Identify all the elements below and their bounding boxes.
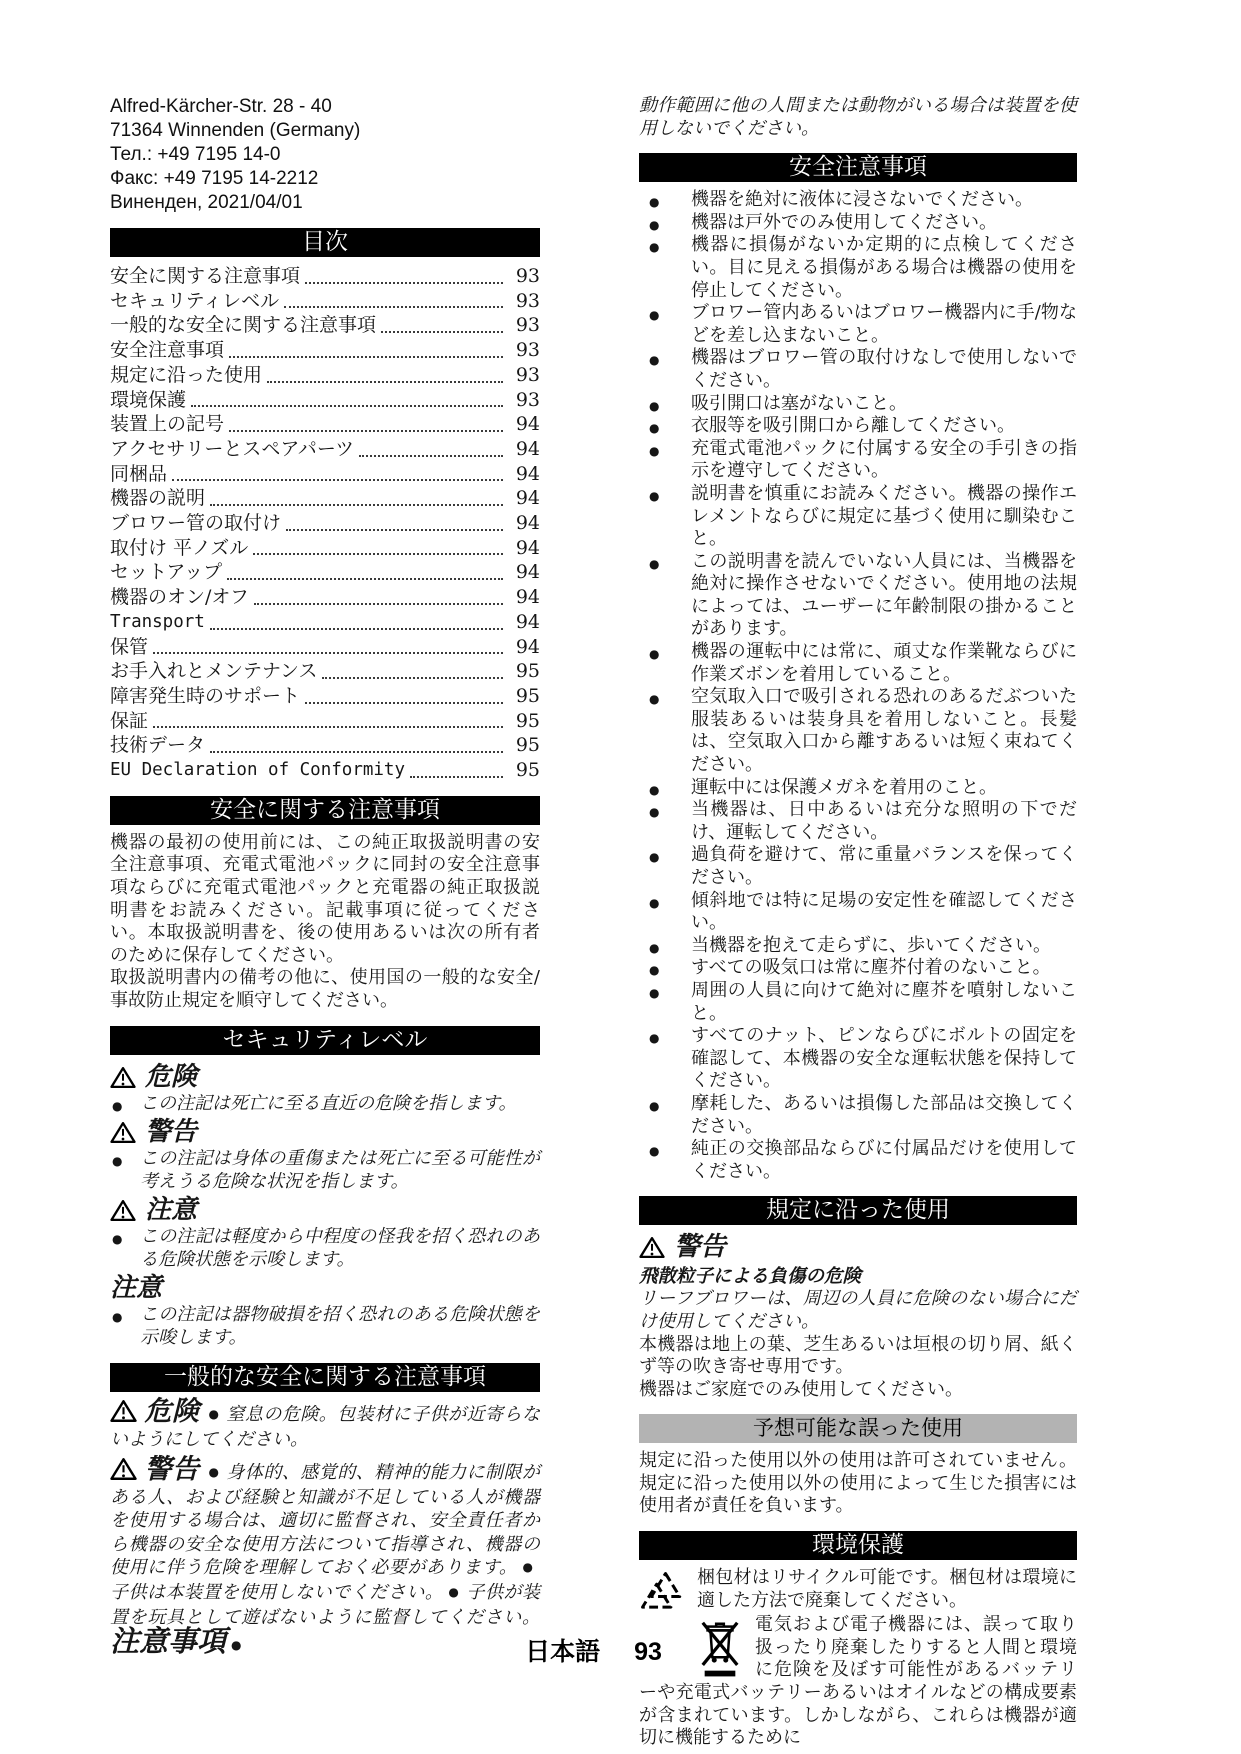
- misuse-text: 規定に沿った使用以外の使用は許可されていません。: [639, 1450, 1077, 1471]
- general-safety-danger-paragraph: 危険窒息の危険。包装材に子供が近寄らないようにしてください。: [110, 1399, 540, 1451]
- toc-item-label: EU Declaration of Conformity: [110, 758, 405, 783]
- warning-triangle-icon: [639, 1236, 665, 1259]
- misuse-body: 規定に沿った使用以外の使用は許可されていません。規定に沿った使用以外の使用によっ…: [639, 1450, 1077, 1518]
- toc-leader-dots: [381, 331, 503, 333]
- recycle-paragraph: 梱包材はリサイクル可能です。梱包材は環境に適した方法で廃棄してください。: [639, 1567, 1077, 1612]
- toc-leader-dots: [267, 381, 503, 383]
- toc-item-page: 95: [508, 709, 540, 734]
- toc-item-page: 95: [508, 733, 540, 758]
- intended-use-warning-heading: 警告: [639, 1232, 1077, 1263]
- danger-level-description: この注記は死亡に至る直近の危険を指します。: [110, 1093, 540, 1116]
- toc-item: 安全注意事項 93: [110, 338, 540, 363]
- misuse-text: 規定に沿った使用以外の使用によって生じた損害には使用者が責任を負います。: [639, 1473, 1077, 1517]
- toc-item-page: 94: [508, 486, 540, 511]
- toc-item: セットアップ 94: [110, 560, 540, 585]
- safety-instruction-item: 機器を絶対に液体に浸さないでください。: [639, 189, 1077, 212]
- toc-item-page: 94: [508, 585, 540, 610]
- toc-leader-dots: [153, 726, 503, 728]
- address-line: Alfred-Kärcher-Str. 28 - 40: [110, 95, 540, 119]
- footer-language-label: 日本語: [525, 1638, 600, 1666]
- safety-instruction-item: 摩耗した、あるいは損傷した部品は交換してください。: [639, 1093, 1077, 1138]
- toc-item-label: 機器の説明: [110, 486, 205, 511]
- manufacturer-address: Alfred-Kärcher-Str. 28 - 40 71364 Winnen…: [110, 95, 540, 215]
- page-footer: 日本語93: [110, 1632, 1077, 1668]
- toc-leader-dots: [253, 553, 503, 555]
- safety-notes-heading: 安全に関する注意事項: [110, 796, 540, 825]
- address-line: 71364 Winnenden (Germany): [110, 119, 540, 143]
- toc-item-label: お手入れとメンテナンス: [110, 659, 317, 684]
- toc-leader-dots: [229, 356, 503, 358]
- intended-use-warning-label: 警告: [674, 1232, 726, 1263]
- toc-item-label: 技術データ: [110, 733, 205, 758]
- security-levels-heading: セキュリティレベル: [110, 1026, 540, 1055]
- warning-triangle-icon: [110, 1399, 137, 1423]
- toc-item-page: 94: [508, 412, 540, 437]
- toc-item-page: 93: [508, 363, 540, 388]
- toc-leader-dots: [229, 430, 503, 432]
- general-safety-warning-paragraph: 警告身体的、感覚的、精神的能力に制限がある人、および経験と知識が不足している人が…: [110, 1457, 540, 1659]
- warning-triangle-icon: [110, 1121, 136, 1144]
- danger-runin-heading: 危険: [110, 1396, 203, 1427]
- toc-leader-dots: [210, 751, 503, 753]
- warning-triangle-icon: [110, 1066, 136, 1089]
- toc-leader-dots: [322, 677, 503, 679]
- toc-item-label: Transport: [110, 610, 205, 635]
- toc-item-page: 93: [508, 338, 540, 363]
- toc-item: お手入れとメンテナンス 95: [110, 659, 540, 684]
- toc-item-page: 95: [508, 659, 540, 684]
- inline-bullet: [518, 1557, 540, 1578]
- general-safety-heading: 一般的な安全に関する注意事項: [110, 1363, 540, 1392]
- toc-item: アクセサリーとスペアパーツ 94: [110, 437, 540, 462]
- safety-instruction-item: 周囲の人員に向けて絶対に塵芥を噴射しないこと。: [639, 980, 1077, 1025]
- recycle-text: 梱包材はリサイクル可能です。梱包材は環境に適した方法で廃棄してください。: [697, 1567, 1077, 1611]
- toc-item-page: 94: [508, 437, 540, 462]
- safety-instruction-item: 機器の運転中には常に、頑丈な作業靴ならびに作業ズボンを着用していること。: [639, 641, 1077, 686]
- safety-instruction-item: この説明書を読んでいない人員には、当機器を絶対に操作させないでください。使用地の…: [639, 551, 1077, 641]
- safety-instruction-item: 傾斜地では特に足場の安定性を確認してください。: [639, 890, 1077, 935]
- toc-item: 規定に沿った使用 93: [110, 363, 540, 388]
- safety-instruction-item: 機器はブロワー管の取付けなしで使用しないでください。: [639, 347, 1077, 392]
- toc-item-page: 94: [508, 536, 540, 561]
- toc-item-page: 93: [508, 388, 540, 413]
- toc-item: セキュリティレベル 93: [110, 289, 540, 314]
- toc-item-page: 94: [508, 560, 540, 585]
- toc-item-label: 環境保護: [110, 388, 186, 413]
- toc-item-label: 一般的な安全に関する注意事項: [110, 313, 376, 338]
- toc-item-label: 安全に関する注意事項: [110, 264, 300, 289]
- inline-bullet: [203, 1404, 226, 1425]
- environment-heading: 環境保護: [639, 1531, 1077, 1560]
- toc-item-page: 94: [508, 511, 540, 536]
- toc-item-label: 規定に沿った使用: [110, 363, 262, 388]
- right-column: 動作範囲に他の人間または動物がいる場合は装置を使用しないでください。 安全注意事…: [639, 95, 1077, 1750]
- safety-instruction-item: 過負荷を避けて、常に重量バランスを保ってください。: [639, 844, 1077, 889]
- safety-instructions-list: 機器を絶対に液体に浸さないでください。 機器は戸外でのみ使用してください。 機器…: [639, 189, 1077, 1183]
- toc-item-page: 94: [508, 610, 540, 635]
- safety-instruction-item: 充電式電池パックに付属する安全の手引きの指示を遵守してください。: [639, 438, 1077, 483]
- address-line: Тел.: +49 7195 14-0: [110, 143, 540, 167]
- intended-use-heading: 規定に沿った使用: [639, 1196, 1077, 1225]
- warning-runin-heading: 警告: [110, 1454, 203, 1485]
- toc-leader-dots: [210, 628, 503, 630]
- page-body: Alfred-Kärcher-Str. 28 - 40 71364 Winnen…: [110, 95, 1077, 1750]
- warning-level-heading: 警告: [110, 1117, 540, 1148]
- footer-page-number: 93: [634, 1638, 662, 1666]
- safety-instruction-item: 当機器は、日中あるいは充分な照明の下でだけ、運転してください。: [639, 799, 1077, 844]
- toc-item-label: 同梱品: [110, 462, 167, 487]
- toc-item-page: 95: [508, 758, 540, 783]
- safety-instruction-item: 吸引開口は塞がないこと。: [639, 393, 1077, 416]
- notice-level-heading: 注意: [110, 1273, 540, 1304]
- notice-level-label: 注意: [110, 1273, 162, 1304]
- safety-instruction-item: 空気取入口で吸引される恐れのあるだぶついた服装あるいは装身具を着用しないこと。長…: [639, 686, 1077, 776]
- inline-bullet: [443, 1582, 466, 1603]
- toc-leader-dots: [172, 479, 503, 481]
- caution-level-description: この注記は軽度から中程度の怪我を招く恐れのある危険状態を示唆します。: [110, 1226, 540, 1271]
- table-of-contents: 安全に関する注意事項 93 セキュリティレベル 93 一般的な安全に関する注意事…: [110, 264, 540, 783]
- hazard-title: 飛散粒子による負傷の危険: [639, 1265, 1077, 1288]
- toc-item: 同梱品 94: [110, 462, 540, 487]
- intended-use-body: 機器はご家庭でのみ使用してください。: [639, 1379, 1077, 1402]
- toc-item-label: 保管: [110, 635, 148, 660]
- safety-instruction-item: 機器は戸外でのみ使用してください。: [639, 212, 1077, 235]
- safety-instruction-item: 衣服等を吸引開口から離してください。: [639, 415, 1077, 438]
- address-line: Факс: +49 7195 14-2212: [110, 167, 540, 191]
- toc-item-page: 94: [508, 635, 540, 660]
- intended-use-body: 本機器は地上の葉、芝生あるいは垣根の切り屑、紙くず等の吹き寄せ専用です。: [639, 1334, 1077, 1379]
- toc-item: 保証 95: [110, 709, 540, 734]
- safety-instruction-item: ブロワー管内あるいはブロワー機器内に手/物などを差し込まないこと。: [639, 302, 1077, 347]
- toc-leader-dots: [286, 529, 503, 531]
- warning-level-label: 警告: [145, 1117, 197, 1148]
- toc-leader-dots: [210, 504, 503, 506]
- toc-leader-dots: [284, 306, 503, 308]
- safety-instruction-item: 純正の交換部品ならびに付属品だけを使用してください。: [639, 1138, 1077, 1183]
- toc-item-page: 93: [508, 289, 540, 314]
- warning-text: 子供は本装置を使用しないでください。: [110, 1582, 443, 1603]
- toc-leader-dots: [254, 603, 503, 605]
- toc-item: 一般的な安全に関する注意事項 93: [110, 313, 540, 338]
- toc-item: 機器の説明 94: [110, 486, 540, 511]
- warning-level-description: この注記は身体の重傷または死亡に至る可能性が考えうる危険な状況を指します。: [110, 1148, 540, 1193]
- toc-leader-dots: [227, 578, 503, 580]
- left-column: Alfred-Kärcher-Str. 28 - 40 71364 Winnen…: [110, 95, 540, 1750]
- toc-item: EU Declaration of Conformity 95: [110, 758, 540, 783]
- caution-level-heading: 注意: [110, 1195, 540, 1226]
- toc-leader-dots: [191, 405, 503, 407]
- toc-item-page: 93: [508, 313, 540, 338]
- toc-item: 技術データ 95: [110, 733, 540, 758]
- safety-instruction-item: すべてのナット、ピンならびにボルトの固定を確認して、本機器の安全な運転状態を保持…: [639, 1025, 1077, 1093]
- safety-instruction-item: 説明書を慎重にお読みください。機器の操作エレメントならびに規定に基づく使用に馴染…: [639, 483, 1077, 551]
- toc-item-label: 障害発生時のサポート: [110, 684, 300, 709]
- safety-instruction-item: 当機器を抱えて走らずに、歩いてください。: [639, 935, 1077, 958]
- toc-item: 環境保護 93: [110, 388, 540, 413]
- safety-instruction-item: 機器に損傷がないか定期的に点検してください。目に見える損傷がある場合は機器の使用…: [639, 234, 1077, 302]
- danger-level-label: 危険: [145, 1062, 197, 1093]
- toc-item-page: 95: [508, 684, 540, 709]
- warning-triangle-icon: [110, 1199, 136, 1222]
- carryover-warning-text: 動作範囲に他の人間または動物がいる場合は装置を使用しないでください。: [639, 95, 1077, 140]
- toc-item-page: 93: [508, 264, 540, 289]
- toc-item-label: 取付け 平ノズル: [110, 536, 248, 561]
- recycling-symbol-icon: [639, 1570, 689, 1612]
- safety-instructions-heading: 安全注意事項: [639, 153, 1077, 182]
- toc-item-label: 機器のオン/オフ: [110, 585, 249, 610]
- inline-bullet: [203, 1462, 226, 1483]
- notice-level-description: この注記は器物破損を招く恐れのある危険状態を示唆します。: [110, 1304, 540, 1349]
- toc-item-label: セキュリティレベル: [110, 289, 279, 314]
- toc-item: 障害発生時のサポート 95: [110, 684, 540, 709]
- toc-item-page: 94: [508, 462, 540, 487]
- caution-level-label: 注意: [145, 1195, 197, 1226]
- toc-item: 安全に関する注意事項 93: [110, 264, 540, 289]
- toc-item: 装置上の記号 94: [110, 412, 540, 437]
- toc-leader-dots: [410, 776, 503, 778]
- toc-item-label: 保証: [110, 709, 148, 734]
- toc-item: ブロワー管の取付け 94: [110, 511, 540, 536]
- safety-instruction-item: すべての吸気口は常に塵芥付着のないこと。: [639, 957, 1077, 980]
- toc-item: Transport 94: [110, 610, 540, 635]
- safety-instruction-item: 運転中には保護メガネを着用のこと。: [639, 777, 1077, 800]
- toc-item-label: セットアップ: [110, 560, 222, 585]
- warning-triangle-icon: [110, 1457, 137, 1481]
- toc-leader-dots: [305, 702, 503, 704]
- toc-item: 機器のオン/オフ 94: [110, 585, 540, 610]
- danger-level-heading: 危険: [110, 1062, 540, 1093]
- toc-item-label: ブロワー管の取付け: [110, 511, 281, 536]
- toc-item-label: 装置上の記号: [110, 412, 224, 437]
- toc-leader-dots: [153, 652, 503, 654]
- safety-notes-paragraph: 機器の最初の使用前には、この純正取扱説明書の安全注意事項、充電式電池パックに同封…: [110, 832, 540, 968]
- toc-item: 保管 94: [110, 635, 540, 660]
- hazard-text: リーフブロワーは、周辺の人員に危険のない場合にだけ使用してください。: [639, 1288, 1077, 1333]
- toc-leader-dots: [359, 455, 503, 457]
- toc-leader-dots: [305, 282, 503, 284]
- toc-item: 取付け 平ノズル 94: [110, 536, 540, 561]
- address-line: Виненден, 2021/04/01: [110, 191, 540, 215]
- toc-item-label: 安全注意事項: [110, 338, 224, 363]
- safety-notes-paragraph: 取扱説明書内の備考の他に、使用国の一般的な安全/事故防止規定を順守してください。: [110, 967, 540, 1012]
- toc-heading: 目次: [110, 228, 540, 257]
- misuse-heading: 予想可能な誤った使用: [639, 1414, 1077, 1443]
- toc-item-label: アクセサリーとスペアパーツ: [110, 437, 354, 462]
